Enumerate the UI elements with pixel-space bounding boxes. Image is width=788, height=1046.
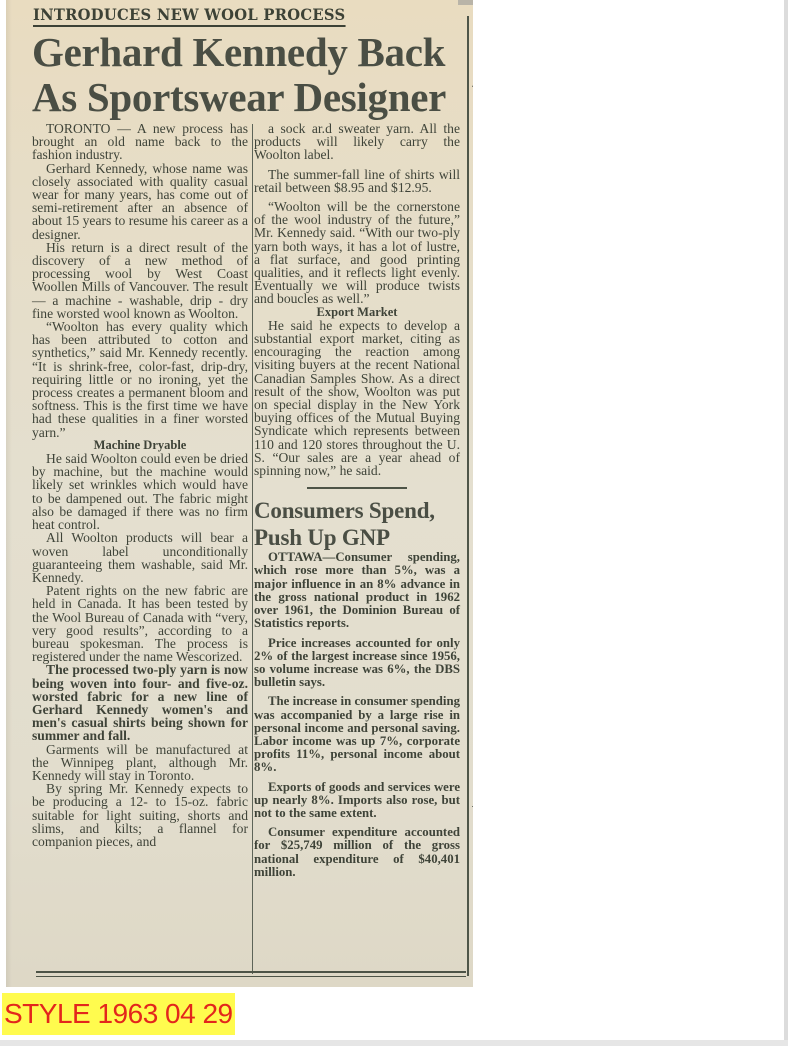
article-separator-rule [307, 487, 407, 489]
paragraph: His return is a direct result of the dis… [32, 241, 248, 320]
paragraph: The increase in consumer spending was ac… [254, 695, 460, 774]
column-divider [252, 124, 253, 974]
paragraph: He said he expects to develop a substant… [254, 319, 460, 477]
paragraph: Garments will be manufactured at the Win… [32, 743, 248, 783]
bottom-double-rule [36, 971, 466, 980]
column2-paragraphs-2: He said he expects to develop a substant… [254, 319, 460, 477]
paragraph: Price increases accounted for only 2% of… [254, 637, 460, 690]
second-article-body: OTTAWA—Consumer spending, which rose mor… [254, 551, 460, 879]
article-column-2: a sock ar.d sweater yarn. All the produc… [254, 122, 460, 879]
paragraph: Patent rights on the new fabric are held… [32, 584, 248, 663]
paragraph: The summer-fall line of shirts will reta… [254, 168, 460, 194]
article-column-1: TORONTO — A new process has brought an o… [32, 122, 248, 848]
column2-paragraphs: a sock ar.d sweater yarn. All the produc… [254, 122, 460, 306]
paragraph: All Woolton products will bear a woven l… [32, 531, 248, 584]
paragraph: Consumer expenditure accounted for $25,7… [254, 826, 460, 879]
article-headline: Gerhard Kennedy Back As Sportswear Desig… [32, 30, 452, 120]
date-caption: STYLE 1963 04 29 [2, 993, 235, 1035]
column1-paragraphs: TORONTO — A new process has brought an o… [32, 122, 248, 439]
paragraph: TORONTO — A new process has brought an o… [32, 122, 248, 162]
paragraph: By spring Mr. Kennedy expects to be prod… [32, 782, 248, 848]
column1-paragraphs-2: He said Woolton could even be dried by m… [32, 452, 248, 663]
paragraph: a sock ar.d sweater yarn. All the produc… [254, 122, 460, 162]
adjacent-heading-fragment: A [472, 58, 473, 96]
paragraph: “Woolton will be the cornerstone of the … [254, 200, 460, 306]
column1-paragraphs-3: Garments will be manufactured at the Win… [32, 743, 248, 849]
subhead-export-market: Export Market [254, 306, 460, 319]
viewer-edge [784, 0, 788, 1046]
viewer-bottom-edge [0, 1040, 788, 1046]
second-article-headline: Consumers Spend, Push Up GNP [254, 497, 460, 551]
paragraph: OTTAWA—Consumer spending, which rose mor… [254, 551, 460, 630]
newspaper-clipping: INTRODUCES NEW WOOL PROCESS Gerhard Kenn… [6, 0, 473, 987]
article-kicker: INTRODUCES NEW WOOL PROCESS [33, 5, 345, 27]
adjacent-rule-fragment [472, 806, 473, 807]
paragraph: He said Woolton could even be dried by m… [32, 452, 248, 531]
paragraph: Gerhard Kennedy, whose name was closely … [32, 162, 248, 241]
paragraph: Exports of goods and services were up ne… [254, 781, 460, 821]
bold-paragraph: The processed two-ply yarn is now being … [32, 663, 248, 742]
paragraph: “Woolton has every quality which has bee… [32, 320, 248, 439]
column-divider-right [467, 16, 469, 976]
scan-margin [458, 0, 473, 5]
